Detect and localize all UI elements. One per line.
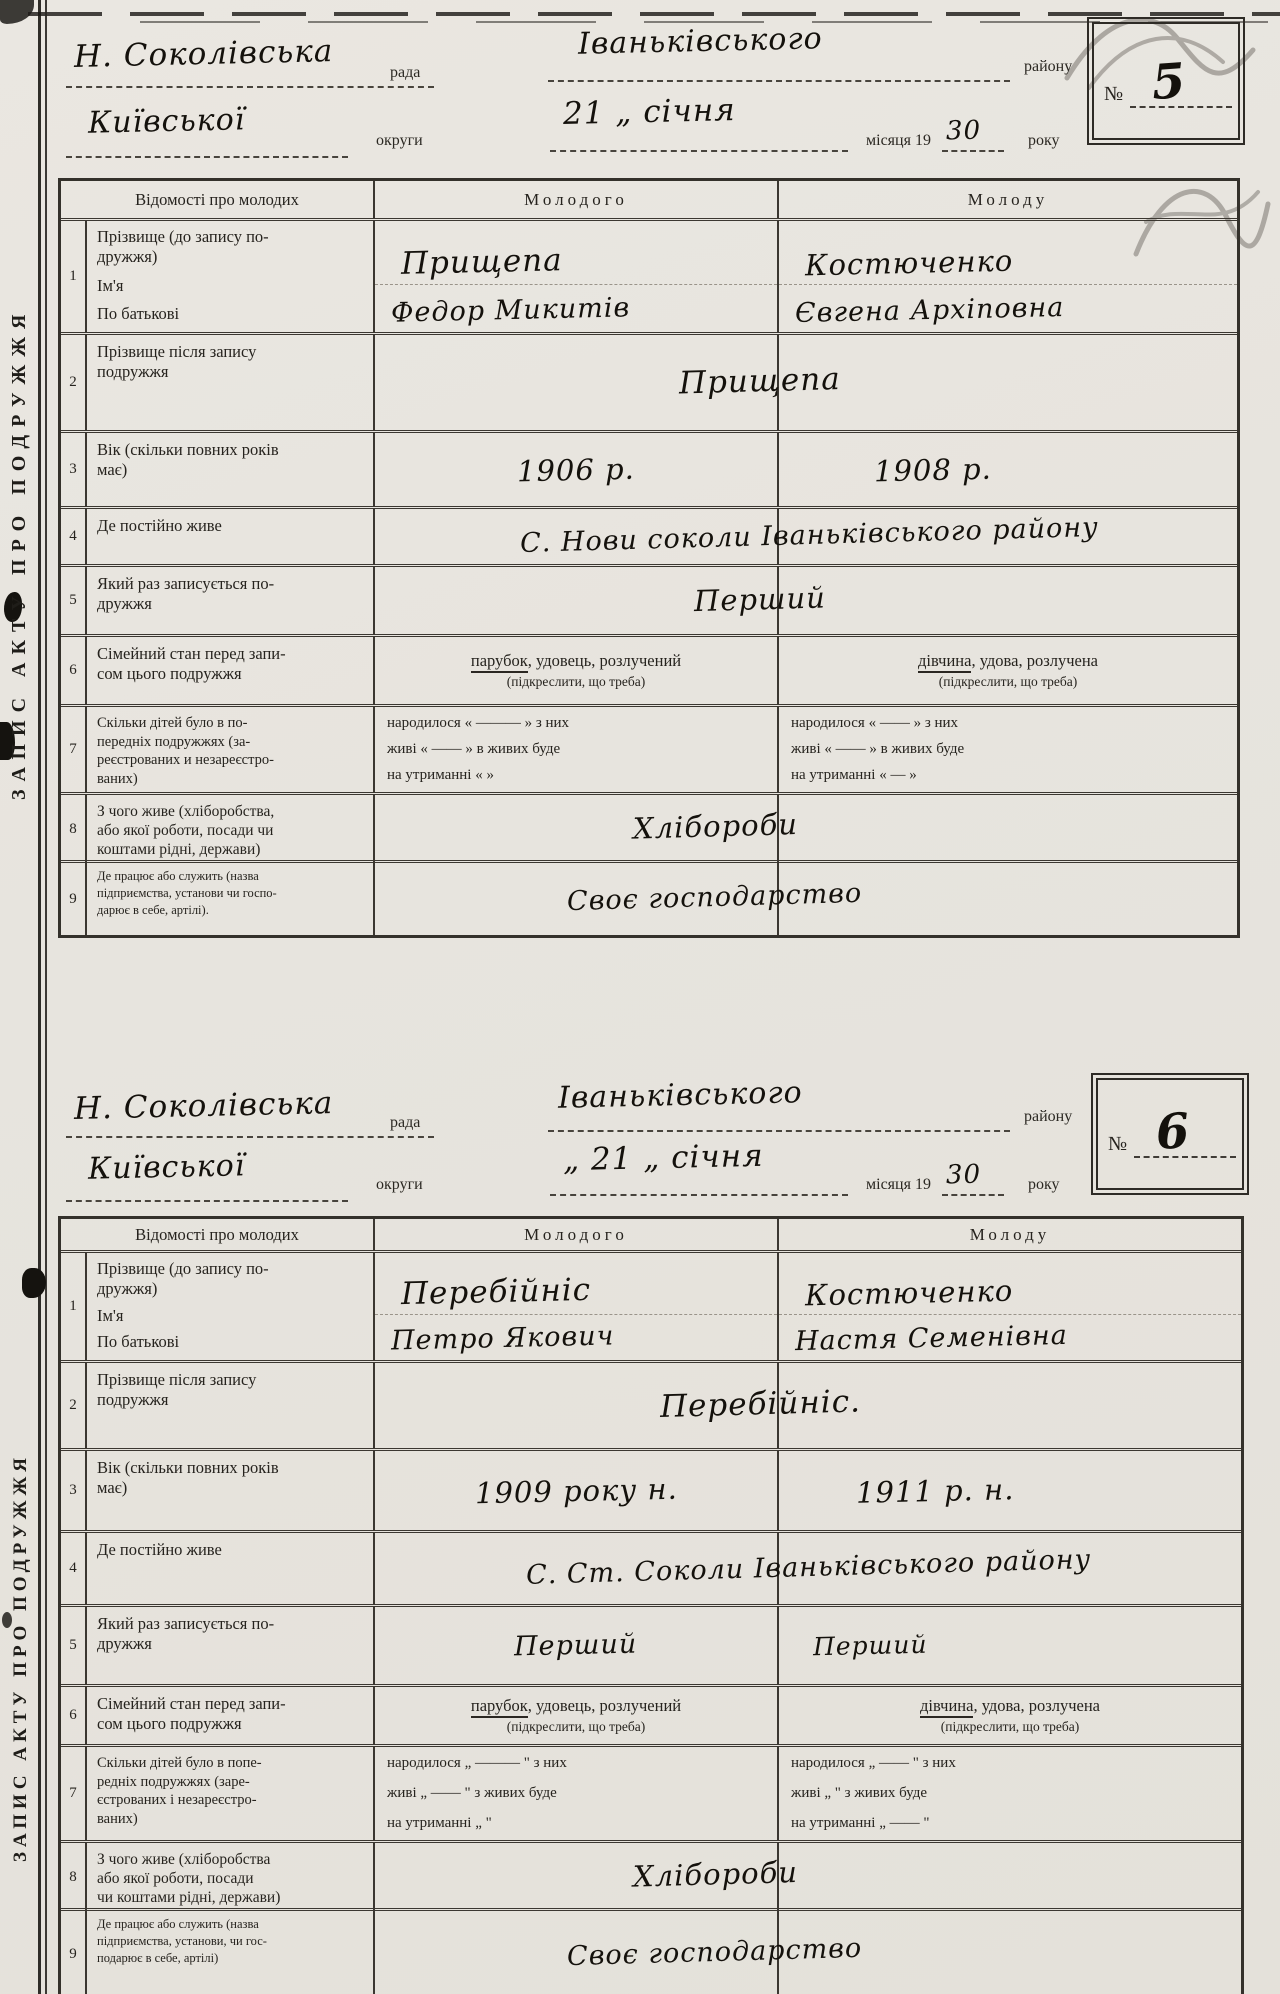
row-number: 1: [61, 1253, 87, 1360]
bride-names-cell: Костюченко Євгена Архіповна: [779, 221, 1237, 332]
groom-status-options: парубок, удовець, розлучений (підкреслит…: [375, 1687, 777, 1744]
row-children: 7 Скільки дітей було в попе- редніх подр…: [61, 1747, 1241, 1843]
number-sign: №: [1104, 83, 1123, 106]
header-info: Відомості про молодих: [61, 181, 375, 218]
row-married-surname: 2 Прізвище після запису подружжя Перебій…: [61, 1363, 1241, 1451]
council-field: Н. Соколівська: [74, 33, 334, 75]
groom-birth-year: 1909 року н.: [474, 1471, 677, 1510]
record-number-box: № 6: [1096, 1078, 1244, 1190]
groom-name-patronymic: Федор Микитів: [391, 292, 631, 328]
row-number: 8: [61, 1843, 87, 1912]
date-field: 21 „ січня: [563, 92, 737, 132]
row-label: Де працює або служить (назва підприємств…: [87, 1911, 375, 1994]
row-marriage-count: 5 Який раз записується по- дружжя Перший…: [61, 1607, 1241, 1687]
row-number: 2: [61, 1363, 87, 1448]
row-number: 5: [61, 1607, 87, 1684]
table-header-row: Відомості про молодих Молодого Молоду: [61, 1219, 1241, 1253]
date-field: „ 21 „ січня: [563, 1138, 764, 1179]
row-label: З чого живе (хліборобства або якої робот…: [87, 1843, 375, 1912]
row-label: Який раз записується по- дружжя: [87, 567, 375, 634]
row-label: Прізвище (до запису по- дружжя) Ім'я По …: [87, 1253, 375, 1360]
row-number: 4: [61, 509, 87, 564]
row-label: Де постійно живе: [87, 509, 375, 564]
field-underline: [550, 150, 848, 152]
record-number: 5: [1150, 53, 1188, 111]
groom-birth-year: 1906 р.: [517, 451, 636, 488]
row-married-surname: 2 Прізвище після запису подружжя Прищепа: [61, 335, 1237, 433]
groom-children-lines: народилося « ——— » з них живі « —— » в ж…: [375, 707, 777, 792]
row-children: 7 Скільки дітей було в по- передніх подр…: [61, 707, 1237, 795]
district-label: району: [1024, 58, 1072, 76]
field-underline: [942, 150, 1004, 152]
livelihood-value: Хлібороби: [632, 1855, 798, 1894]
row-residence: 4 Де постійно живе С. Нови соколи Іваньк…: [61, 509, 1237, 567]
marriage-record-form-1: Н. Соколівська рада Іваньківського район…: [58, 18, 1240, 932]
field-underline: [66, 86, 434, 88]
groom-names-cell: Перебійніс Петро Якович: [375, 1253, 779, 1360]
row-label: З чого живе (хліборобства, або якої робо…: [87, 795, 375, 864]
row-age: 3 Вік (скільки повних років має) 1909 ро…: [61, 1451, 1241, 1533]
groom-names-cell: Прищепа Федор Микитів: [375, 221, 779, 332]
bride-status-options: дівчина, удова, розлучена (підкреслити, …: [779, 637, 1237, 704]
bride-children-lines: народилося « —— » з них живі « —— » в жи…: [779, 707, 1237, 792]
bride-name-patronymic: Євгена Архіповна: [795, 292, 1065, 329]
row-number: 8: [61, 795, 87, 864]
header-bride: Молоду: [779, 1219, 1241, 1250]
field-underline: [942, 1194, 1004, 1196]
workplace-value: Своє господарство: [567, 878, 863, 917]
row-workplace: 9 Де працює або служить (назва підприємс…: [61, 1911, 1241, 1994]
row-number: 7: [61, 1747, 87, 1840]
row-number: 1: [61, 221, 87, 332]
row-number: 3: [61, 1451, 87, 1530]
row-label: Де постійно живе: [87, 1533, 375, 1604]
row-number: 9: [61, 863, 87, 935]
district-field: Іваньківського: [578, 21, 823, 62]
bride-surname: Костюченко: [805, 244, 1014, 283]
row-marital-status: 6 Сімейний стан перед запи- сом цього по…: [61, 637, 1237, 707]
scanned-registry-page: { "page": { "margin_label": "ЗАПИС АКТУ …: [0, 0, 1280, 1994]
council-label: рада: [390, 64, 420, 82]
bride-name-patronymic: Настя Семенівна: [795, 1320, 1068, 1357]
okruha-label: округи: [376, 1176, 423, 1194]
row-number: 9: [61, 1911, 87, 1994]
record-number: 6: [1154, 1103, 1192, 1161]
row-number: 5: [61, 567, 87, 634]
row-label: Вік (скільки повних років має): [87, 1451, 375, 1530]
month-label: місяця 19: [866, 132, 931, 150]
margin-caption-form-2: ЗАПИС АКТУ ПРО ПОДРУЖЖЯ: [10, 1387, 32, 1862]
row-age: 3 Вік (скільки повних років має) 1906 р.…: [61, 433, 1237, 509]
bride-names-cell: Костюченко Настя Семенівна: [779, 1253, 1241, 1360]
district-field: Іваньківського: [558, 1075, 803, 1116]
row-label: Скільки дітей було в по- передніх подруж…: [87, 707, 375, 792]
row-number: 6: [61, 637, 87, 704]
okruha-label: округи: [376, 132, 423, 150]
field-underline: [66, 1200, 348, 1202]
year-field: 30: [946, 1160, 982, 1191]
header-bride: Молоду: [779, 181, 1237, 218]
form-header: Н. Соколівська рада Іваньківського район…: [58, 18, 1240, 178]
header-info: Відомості про молодих: [61, 1219, 375, 1250]
header-groom: Молодого: [375, 1219, 779, 1250]
record-table: Відомості про молодих Молодого Молоду 1 …: [58, 178, 1240, 938]
bride-status-options: дівчина, удова, розлучена (підкреслити, …: [779, 1687, 1241, 1744]
district-label: району: [1024, 1108, 1072, 1126]
row-names: 1 Прізвище (до запису по- дружжя) Ім'я П…: [61, 1253, 1241, 1363]
record-table: Відомості про молодих Молодого Молоду 1 …: [58, 1216, 1244, 1994]
header-groom: Молодого: [375, 181, 779, 218]
row-names: 1 Прізвище (до запису по- дружжя) Ім'я П…: [61, 221, 1237, 335]
form-header: Н. Соколівська рада Іваньківського район…: [58, 1076, 1244, 1236]
married-surname-value: Перебійніс.: [659, 1383, 861, 1425]
row-label: Скільки дітей було в попе- редніх подруж…: [87, 1747, 375, 1840]
field-underline: [548, 80, 1010, 82]
field-underline: [548, 1130, 1010, 1132]
council-field: Н. Соколівська: [74, 1085, 334, 1127]
marriage-count-value: Перший: [694, 580, 827, 618]
council-label: рада: [390, 1114, 420, 1132]
workplace-value: Своє господарство: [567, 1933, 863, 1972]
row-residence: 4 Де постійно живе С. Ст. Соколи Іванькі…: [61, 1533, 1241, 1607]
number-sign: №: [1108, 1133, 1127, 1156]
binding-edge-line: [38, 0, 47, 1994]
row-livelihood: 8 З чого живе (хліборобства, або якої ро…: [61, 795, 1237, 863]
row-marital-status: 6 Сімейний стан перед запи- сом цього по…: [61, 1687, 1241, 1747]
row-label: Який раз записується по- дружжя: [87, 1607, 375, 1684]
row-number: 4: [61, 1533, 87, 1604]
row-number: 7: [61, 707, 87, 792]
field-underline: [550, 1194, 848, 1196]
okruha-field: Київської: [88, 1148, 246, 1187]
row-number: 3: [61, 433, 87, 506]
field-underline: [66, 1136, 434, 1138]
bride-children-lines: народилося „ —— " з них живі „ " з живих…: [779, 1747, 1241, 1840]
row-livelihood: 8 З чого живе (хліборобства або якої роб…: [61, 1843, 1241, 1911]
bride-birth-year: 1911 р. н.: [855, 1472, 1014, 1510]
bride-birth-year: 1908 р.: [874, 451, 993, 488]
row-label: Сімейний стан перед запи- сом цього подр…: [87, 1687, 375, 1744]
year-field: 30: [946, 116, 982, 147]
married-surname-value: Прищепа: [679, 360, 842, 401]
marriage-record-form-2: Н. Соколівська рада Іваньківського район…: [58, 1076, 1244, 1994]
row-number: 2: [61, 335, 87, 430]
groom-surname: Перебійніс: [401, 1272, 592, 1312]
livelihood-value: Хлібороби: [632, 807, 798, 846]
month-label: місяця 19: [866, 1176, 931, 1194]
groom-name-patronymic: Петро Якович: [391, 1320, 615, 1356]
row-label: Прізвище після запису подружжя: [87, 335, 375, 430]
row-workplace: 9 Де працює або служить (назва підприємс…: [61, 863, 1237, 935]
table-header-row: Відомості про молодих Молодого Молоду: [61, 181, 1237, 221]
year-label: року: [1028, 132, 1060, 150]
row-label: Прізвище (до запису по- дружжя) Ім'я По …: [87, 221, 375, 332]
corner-smudge: [0, 0, 34, 24]
row-label: Вік (скільки повних років має): [87, 433, 375, 506]
field-underline: [66, 156, 348, 158]
row-label: Де працює або служить (назва підприємств…: [87, 863, 375, 935]
groom-children-lines: народилося „ ——— " з них живі „ —— " з ж…: [375, 1747, 777, 1840]
groom-status-options: парубок, удовець, розлучений (підкреслит…: [375, 637, 777, 704]
bride-surname: Костюченко: [805, 1274, 1014, 1313]
groom-surname: Прищепа: [401, 243, 563, 283]
record-number-box: № 5: [1092, 22, 1240, 140]
okruha-field: Київської: [88, 102, 246, 141]
row-label: Сімейний стан перед запи- сом цього подр…: [87, 637, 375, 704]
row-marriage-count: 5 Який раз записується по- дружжя Перший: [61, 567, 1237, 637]
row-label: Прізвище після запису подружжя: [87, 1363, 375, 1448]
margin-caption-form-1: ЗАПИС АКТУ ПРО ПОДРУЖЖЯ: [8, 210, 31, 800]
year-label: року: [1028, 1176, 1060, 1194]
row-number: 6: [61, 1687, 87, 1744]
